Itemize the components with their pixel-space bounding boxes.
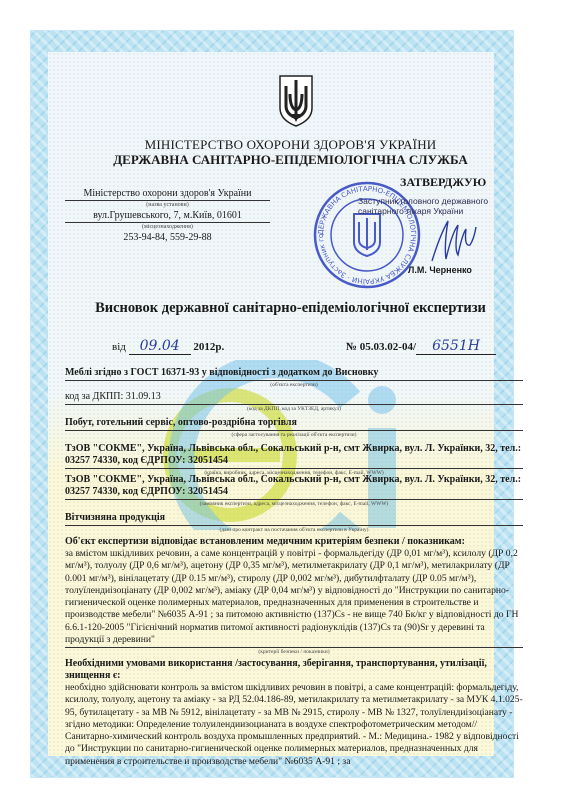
customer-field: ТзОВ "СОКМЕ", Україна, Львівська обл., С… — [65, 474, 523, 508]
product-code-field: код за ДКПП: 31.09.13 (код за ДКПП, код … — [65, 391, 523, 413]
document-date: від 09.04 2012р. — [112, 338, 224, 355]
institution-name-caption: (назва установи) — [65, 201, 270, 210]
manufacturer-field: ТзОВ "СОКМЕ", Україна, Львівська обл., С… — [65, 443, 523, 477]
expertise-object-field: Меблі згідно з ГОСТ 16371-93 у відповідн… — [65, 367, 523, 389]
field-caption: (код за ДКПП, код за УКТЗЕД, артикул) — [65, 405, 523, 413]
document-number: № 05.03.02-04/6551Н — [346, 338, 496, 355]
contract-field: Вітчизняна продукція (дані про контракт … — [65, 512, 523, 534]
institution-name: Міністерство охорони здоров'я України — [65, 188, 270, 201]
approval-heading: ЗАТВЕРДЖУЮ — [400, 175, 486, 190]
institution-address-caption: (місцезнаходження) — [65, 223, 270, 232]
conditions-heading: Необхідними умовами використання /застос… — [65, 658, 523, 682]
date-handwritten: 09.04 — [129, 338, 191, 355]
approver-position: Заступник головного державного санітарно… — [358, 196, 508, 216]
institution-phones: 253-94-84, 559-29-88 — [65, 232, 270, 243]
field-caption: (сфера застосування та реалізації об'єкт… — [65, 431, 523, 439]
ministry-heading: МІНІСТЕРСТВО ОХОРОНИ ЗДОРОВ'Я УКРАЇНИ — [0, 137, 581, 153]
document-title: Висновок державної санітарно-епідеміолог… — [0, 300, 581, 317]
date-prefix: від — [112, 341, 126, 353]
signature-icon — [430, 215, 478, 265]
criteria-heading: Об'єкт експертизи відповідає встановлени… — [65, 536, 523, 548]
conditions-text: необхідно здійснювати контроль за вмісто… — [65, 682, 523, 768]
field-value: Вітчизняна продукція — [65, 512, 523, 526]
service-heading: ДЕРЖАВНА САНІТАРНО-ЕПІДЕМІОЛОГІЧНА СЛУЖБ… — [0, 152, 581, 168]
field-value: код за ДКПП: 31.09.13 — [65, 391, 523, 405]
number-prefix: № 05.03.02-04/ — [346, 341, 416, 353]
field-value: ТзОВ "СОКМЕ", Україна, Львівська обл., С… — [65, 474, 523, 500]
institution-address: вул.Грушевського, 7, м.Київ, 01601 — [65, 210, 270, 223]
field-value: Меблі згідно з ГОСТ 16371-93 у відповідн… — [65, 367, 523, 381]
field-value: ТзОВ "СОКМЕ", Україна, Львівська обл., С… — [65, 443, 523, 469]
usage-conditions-section: Необхідними умовами використання /застос… — [65, 658, 523, 768]
field-value: Побут, готельний сервіс, оптово-роздрібн… — [65, 417, 523, 431]
criteria-text: за вмістом шкідливих речовин, а саме кон… — [65, 548, 523, 648]
criteria-caption: (критерії безпеки / показники) — [65, 648, 523, 656]
number-handwritten: 6551Н — [416, 338, 496, 355]
field-caption: (замовник експертизи, адреса, місцезнахо… — [65, 500, 523, 508]
approver-name: Л.М. Черненко — [408, 265, 472, 275]
field-caption: (об'єкта експертизи) — [65, 381, 523, 389]
application-scope-field: Побут, готельний сервіс, оптово-роздрібн… — [65, 417, 523, 439]
safety-criteria-section: Об'єкт експертизи відповідає встановлени… — [65, 536, 523, 656]
tryzub-emblem-icon — [278, 74, 314, 128]
date-year: 2012р. — [193, 341, 224, 353]
institution-block: Міністерство охорони здоров'я України (н… — [65, 188, 270, 243]
field-caption: (дані про контракт на постачання об'єкта… — [65, 526, 523, 534]
